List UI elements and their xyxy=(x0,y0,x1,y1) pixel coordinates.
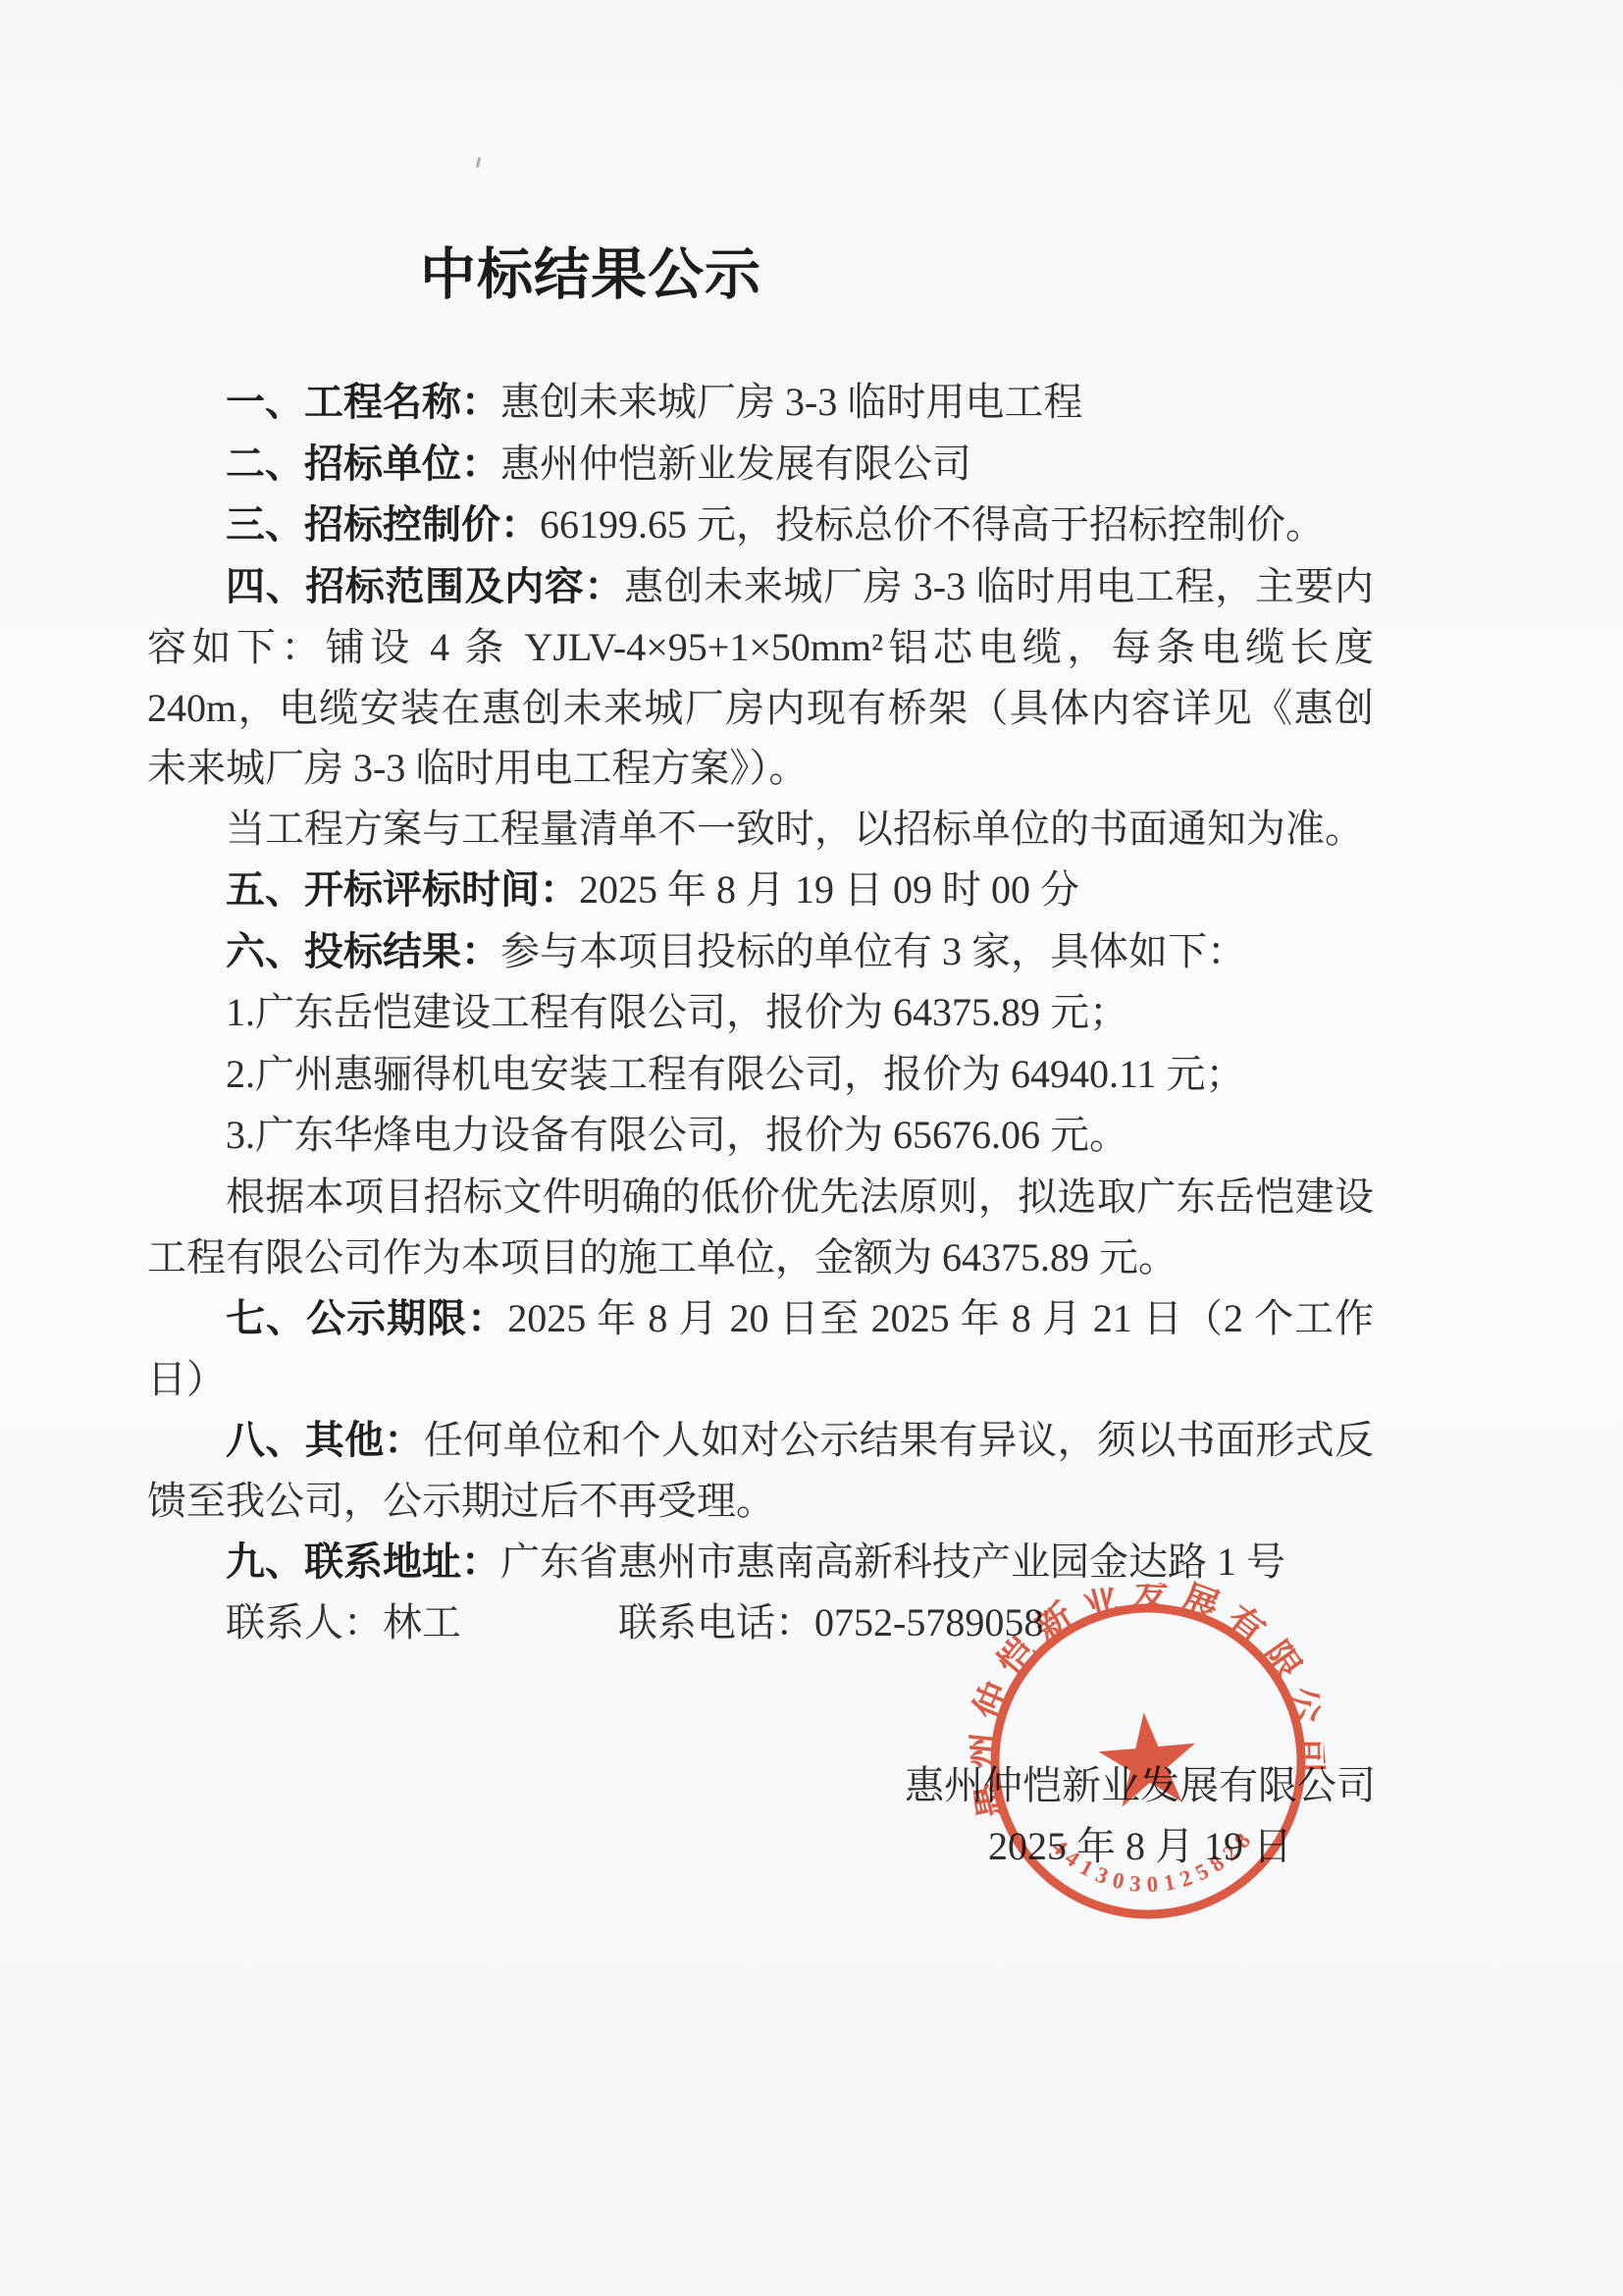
paragraph-tender-unit: 二、招标单位：惠州仲恺新业发展有限公司 xyxy=(147,434,1374,496)
paragraph-project-name: 一、工程名称：惠创未来城厂房 3-3 临时用电工程 xyxy=(147,372,1374,434)
paragraph-label: 五、开标评标时间： xyxy=(226,868,579,912)
paragraph-label: 六、投标结果： xyxy=(226,930,500,973)
paragraph-label: 一、工程名称： xyxy=(226,381,500,424)
seal-company-text: 惠州仲恺新业发展有限公司 xyxy=(957,1570,1339,1823)
paragraph-publicity-period: 七、公示期限：2025 年 8 月 20 日至 2025 年 8 月 21 日（… xyxy=(147,1288,1374,1410)
bidder-item-1: 1.广东岳恺建设工程有限公司，报价为 64375.89 元； xyxy=(147,982,1374,1044)
document-body: 一、工程名称：惠创未来城厂房 3-3 临时用电工程 二、招标单位：惠州仲恺新业发… xyxy=(147,372,1374,1653)
paragraph-note: 当工程方案与工程量清单不一致时，以招标单位的书面通知为准。 xyxy=(147,799,1374,861)
scan-artifact xyxy=(476,157,481,168)
paragraph-text: 66199.65 元，投标总价不得高于招标控制价。 xyxy=(540,502,1325,547)
document-title: 中标结果公示 xyxy=(420,230,761,310)
company-seal: 惠州仲恺新业发展有限公司 4413030125828 xyxy=(957,1570,1339,1953)
bidder-item-2: 2.广州惠骊得机电安装工程有限公司，报价为 64940.11 元； xyxy=(147,1044,1374,1106)
paragraph-open-time: 五、开标评标时间：2025 年 8 月 19 日 09 时 00 分 xyxy=(147,860,1374,921)
paragraph-label: 九、联系地址： xyxy=(226,1540,500,1584)
paragraph-text: 惠创未来城厂房 3-3 临时用电工程 xyxy=(500,380,1082,424)
paragraph-text: 2025 年 8 月 19 日 09 时 00 分 xyxy=(579,867,1079,912)
paragraph-text: 1.广东岳恺建设工程有限公司，报价为 64375.89 元； xyxy=(226,990,1128,1034)
paragraph-label: 三、招标控制价： xyxy=(226,503,540,547)
bidder-item-3: 3.广东华烽电力设备有限公司，报价为 65676.06 元。 xyxy=(147,1105,1374,1167)
paragraph-label: 七、公示期限： xyxy=(226,1297,507,1340)
scanned-document-page: 中标结果公示 一、工程名称：惠创未来城厂房 3-3 临时用电工程 二、招标单位：… xyxy=(0,0,1623,2296)
paragraph-scope: 四、招标范围及内容：惠创未来城厂房 3-3 临时用电工程，主要内容如下：铺设 4… xyxy=(147,556,1374,799)
paragraph-text: 当工程方案与工程量清单不一致时，以招标单位的书面通知为准。 xyxy=(226,807,1364,851)
paragraph-control-price: 三、招标控制价：66199.65 元，投标总价不得高于招标控制价。 xyxy=(147,495,1374,556)
paragraph-label: 八、其他： xyxy=(226,1419,424,1462)
paragraph-text: 3.广东华烽电力设备有限公司，报价为 65676.06 元。 xyxy=(226,1113,1128,1157)
contact-phone-label: 联系电话： xyxy=(618,1600,814,1644)
contact-person-label: 联系人： xyxy=(226,1600,383,1644)
paragraph-text: 根据本项目招标文件明确的低价优先法原则，拟选取广东岳恺建设工程有限公司作为本项目… xyxy=(147,1174,1374,1280)
paragraph-other: 八、其他：任何单位和个人如对公示结果有异议，须以书面形式反馈至我公司，公示期过后… xyxy=(147,1410,1374,1532)
paragraph-text: 惠州仲恺新业发展有限公司 xyxy=(500,442,971,486)
paragraph-text: 广东省惠州市惠南高新科技产业园金达路 1 号 xyxy=(500,1539,1285,1584)
contact-person: 林工 xyxy=(383,1600,461,1644)
paragraph-label: 四、招标范围及内容： xyxy=(226,565,624,608)
paragraph-text: 参与本项目投标的单位有 3 家，具体如下： xyxy=(500,929,1246,973)
paragraph-label: 二、招标单位： xyxy=(226,443,500,486)
paragraph-selection: 根据本项目招标文件明确的低价优先法原则，拟选取广东岳恺建设工程有限公司作为本项目… xyxy=(147,1167,1374,1288)
paragraph-text: 2.广州惠骊得机电安装工程有限公司，报价为 64940.11 元； xyxy=(226,1052,1245,1096)
star-icon xyxy=(1095,1708,1200,1808)
paragraph-bid-result: 六、投标结果：参与本项目投标的单位有 3 家，具体如下： xyxy=(147,921,1374,983)
